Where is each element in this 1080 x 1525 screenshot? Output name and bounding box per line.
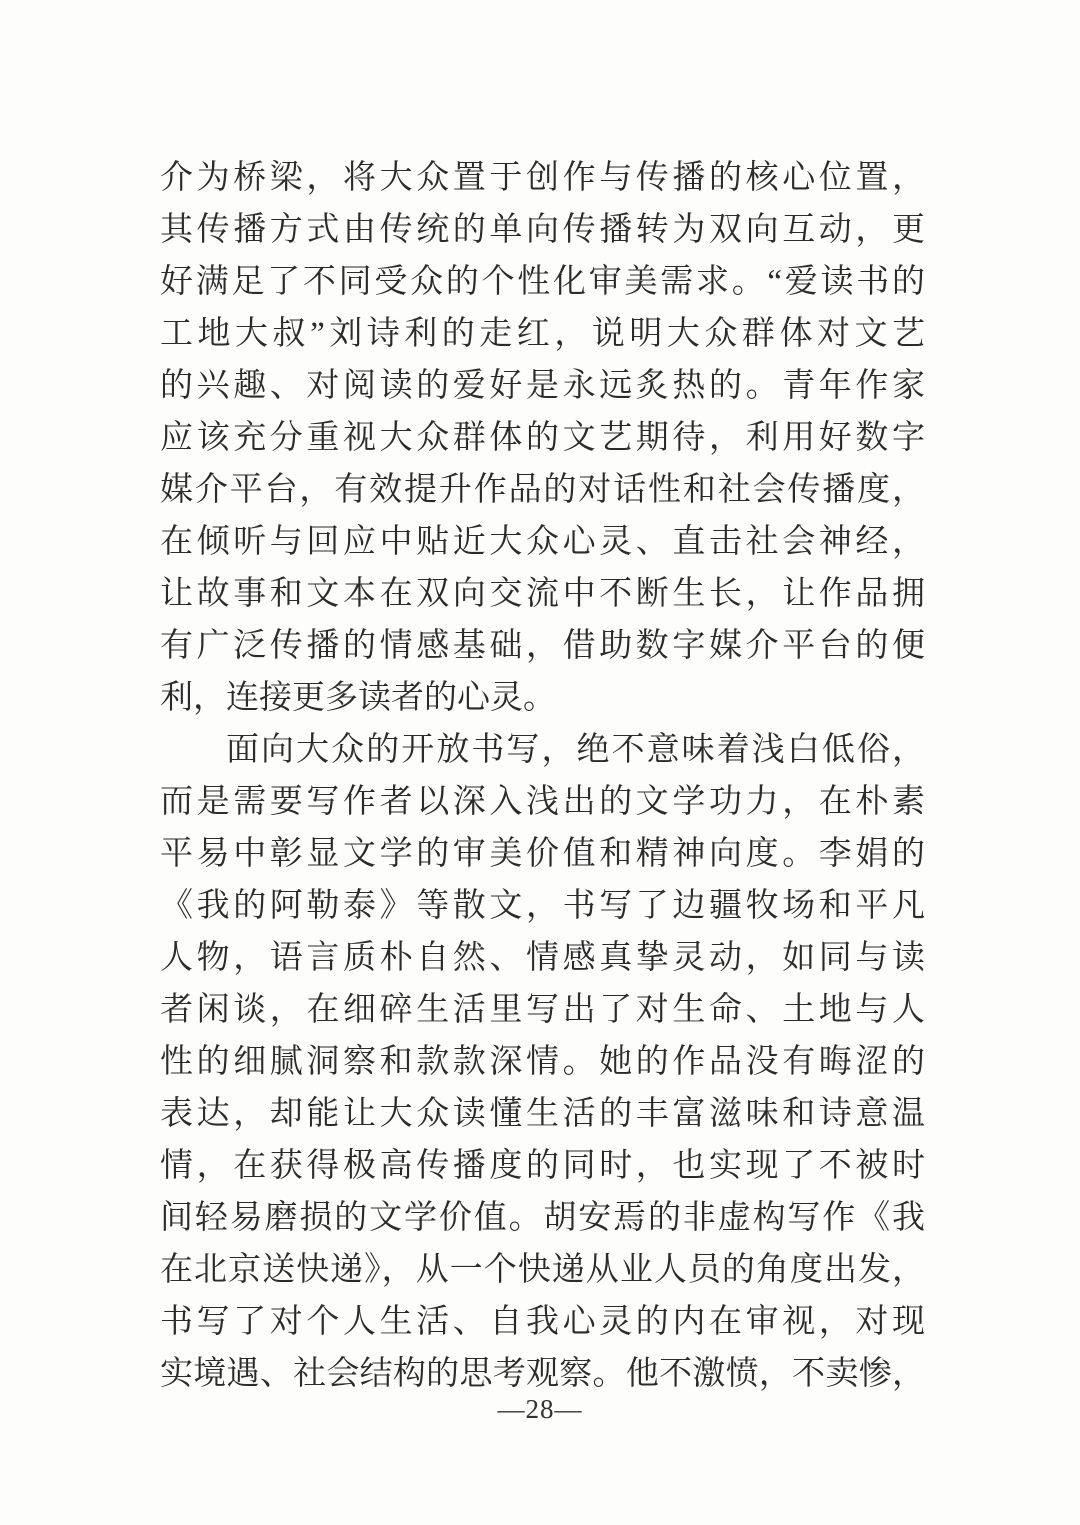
text-line: 介为桥梁，将大众置于创作与传播的核心位置， bbox=[160, 152, 925, 204]
text-line: 在倾听与回应中贴近大众心灵、直击社会神经， bbox=[160, 516, 925, 568]
text-line: 书写了对个人生活、自我心灵的内在审视，对现 bbox=[160, 1296, 925, 1348]
text-line: 应该充分重视大众群体的文艺期待，利用好数字 bbox=[160, 412, 925, 464]
paragraph: 面向大众的开放书写，绝不意味着浅白低俗，而是需要写作者以深入浅出的文学功力，在朴… bbox=[160, 724, 925, 1400]
text-line: 让故事和文本在双向交流中不断生长，让作品拥 bbox=[160, 568, 925, 620]
document-page: 介为桥梁，将大众置于创作与传播的核心位置，其传播方式由传统的单向传播转为双向互动… bbox=[0, 0, 1080, 1525]
text-line: 《我的阿勒泰》等散文，书写了边疆牧场和平凡 bbox=[160, 880, 925, 932]
text-line: 有广泛传播的情感基础，借助数字媒介平台的便 bbox=[160, 620, 925, 672]
text-line: 媒介平台，有效提升作品的对话性和社会传播度， bbox=[160, 464, 925, 516]
text-line: 的兴趣、对阅读的爱好是永远炙热的。青年作家 bbox=[160, 360, 925, 412]
text-line: 工地大叔”刘诗利的走红，说明大众群体对文艺 bbox=[160, 308, 925, 360]
text-line: 者闲谈，在细碎生活里写出了对生命、土地与人 bbox=[160, 984, 925, 1036]
text-line: 表达，却能让大众读懂生活的丰富滋味和诗意温 bbox=[160, 1088, 925, 1140]
paragraph: 介为桥梁，将大众置于创作与传播的核心位置，其传播方式由传统的单向传播转为双向互动… bbox=[160, 152, 925, 724]
text-line: 利，连接更多读者的心灵。 bbox=[160, 672, 925, 724]
body-text-block: 介为桥梁，将大众置于创作与传播的核心位置，其传播方式由传统的单向传播转为双向互动… bbox=[160, 152, 925, 1400]
text-line: 其传播方式由传统的单向传播转为双向互动，更 bbox=[160, 204, 925, 256]
text-line: 面向大众的开放书写，绝不意味着浅白低俗， bbox=[160, 724, 925, 776]
text-line: 性的细腻洞察和款款深情。她的作品没有晦涩的 bbox=[160, 1036, 925, 1088]
text-line: 间轻易磨损的文学价值。胡安焉的非虚构写作《我 bbox=[160, 1192, 925, 1244]
text-line: 情，在获得极高传播度的同时，也实现了不被时 bbox=[160, 1140, 925, 1192]
text-line: 人物，语言质朴自然、情感真挚灵动，如同与读 bbox=[160, 932, 925, 984]
text-line: 在北京送快递》，从一个快递从业人员的角度出发， bbox=[160, 1244, 925, 1296]
text-line: 平易中彰显文学的审美价值和精神向度。李娟的 bbox=[160, 828, 925, 880]
text-line: 而是需要写作者以深入浅出的文学功力，在朴素 bbox=[160, 776, 925, 828]
page-number: —28— bbox=[0, 1392, 1080, 1426]
text-line: 好满足了不同受众的个性化审美需求。“爱读书的 bbox=[160, 256, 925, 308]
